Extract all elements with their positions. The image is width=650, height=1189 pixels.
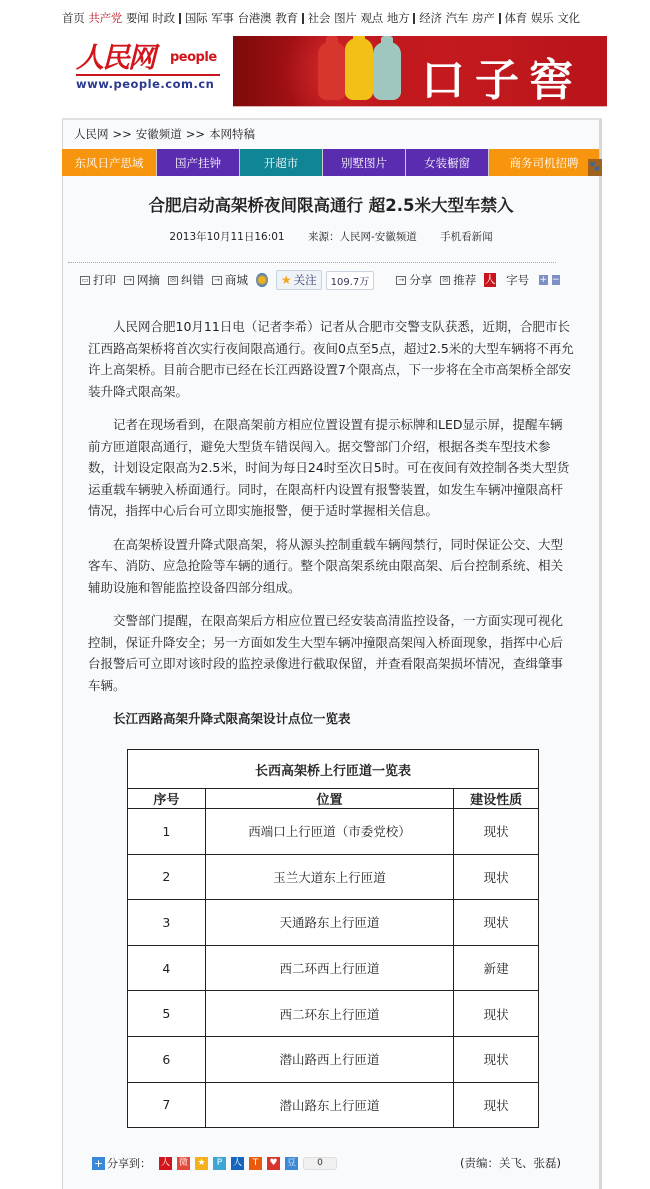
nav-separator: [499, 13, 501, 24]
envelope-icon: ✉: [168, 276, 178, 285]
cell-type: 现状: [454, 991, 539, 1037]
nav-item[interactable]: 教育: [275, 10, 297, 26]
cell-type: 现状: [454, 1036, 539, 1082]
print-button[interactable]: ▭打印: [80, 272, 116, 288]
font-decrease-button[interactable]: −: [552, 275, 560, 285]
font-increase-button[interactable]: +: [539, 275, 547, 285]
table-row: 7潜山路东上行匝道现状: [128, 1082, 539, 1128]
cell-location: 西二环西上行匝道: [205, 945, 453, 991]
douban-share-icon[interactable]: 豆: [285, 1157, 298, 1170]
nav-item[interactable]: 经济: [419, 10, 441, 26]
people-share-icon[interactable]: 人: [159, 1157, 172, 1170]
renren-share-icon[interactable]: 人: [231, 1157, 244, 1170]
cell-type: 现状: [454, 809, 539, 855]
cell-index: 7: [128, 1082, 206, 1128]
ramp-table: 长西高架桥上行匝道一览表 序号 位置 建设性质 1西端口上行匝道（市委党校）现状…: [127, 749, 539, 1128]
table-row: 6潜山路西上行匝道现状: [128, 1036, 539, 1082]
people-icon[interactable]: 人: [484, 273, 496, 287]
cell-index: 2: [128, 854, 206, 900]
nav-item[interactable]: 文化: [557, 10, 579, 26]
cell-location: 潜山路东上行匝道: [205, 1082, 453, 1128]
breadcrumb-link[interactable]: 人民网: [74, 127, 109, 141]
qzone-share-icon[interactable]: ★: [195, 1157, 208, 1170]
bottle-blue-image: [373, 42, 401, 100]
nav-item[interactable]: 要闻: [126, 10, 148, 26]
nav-item[interactable]: 地方: [387, 10, 409, 26]
mall-button[interactable]: →商城: [212, 272, 248, 288]
export-icon: →: [212, 276, 222, 285]
kaixin-share-icon[interactable]: ♥: [267, 1157, 280, 1170]
article-meta: 2013年10月11日16:01 来源：人民网-安徽频道 手机看新闻: [62, 229, 600, 244]
share-bar: + 分享到： 人微★P人T♥豆0: [92, 1155, 337, 1171]
nav-item[interactable]: 房产: [472, 10, 494, 26]
ad-link[interactable]: 国产挂钟: [157, 149, 240, 176]
medal-icon[interactable]: [256, 273, 268, 287]
cell-type: 现状: [454, 900, 539, 946]
cell-location: 西二环东上行匝道: [205, 991, 453, 1037]
plus-icon[interactable]: +: [92, 1157, 105, 1170]
cell-index: 5: [128, 991, 206, 1037]
paragraph: 在高架桥设置升降式限高架，将从源头控制重载车辆闯禁行，同时保证公交、大型客车、消…: [88, 534, 574, 599]
article-date: 2013年10月11日16:01: [169, 231, 284, 243]
cell-location: 西端口上行匝道（市委党校）: [205, 809, 453, 855]
paragraph: 交警部门提醒，在限高架后方相应位置已经安装高清监控设备，一方面实现可视化控制，保…: [88, 610, 574, 696]
article-source[interactable]: 来源：人民网-安徽频道: [308, 231, 417, 243]
table-subheading: 长江西路高架升降式限高架设计点位一览表: [88, 708, 574, 730]
article-title: 合肥启动高架桥夜间限高通行 超2.5米大型车禁入: [62, 192, 600, 216]
top-navigation: 首页共产党要闻时政国际军事台港澳教育社会图片观点地方经济汽车房产体育娱乐文化: [62, 8, 612, 28]
article-toolbar: ▭打印 →网摘 ✉纠错 →商城 ★关注 109.7万 →分享 ✉推荐 人 字号 …: [80, 270, 560, 290]
table-row: 5西二环东上行匝道现状: [128, 991, 539, 1037]
site-logo[interactable]: 人民网 people www.people.com.cn: [74, 36, 220, 94]
cell-index: 3: [128, 900, 206, 946]
nav-item[interactable]: 共产党: [88, 10, 122, 26]
nav-item[interactable]: 时政: [152, 10, 174, 26]
column-header-index: 序号: [128, 789, 206, 809]
advertisement-banner[interactable]: 口子窖: [233, 36, 607, 107]
cell-index: 4: [128, 945, 206, 991]
nav-item[interactable]: 体育: [505, 10, 527, 26]
article-body: 人民网合肥10月11日电（记者李希）记者从合肥市交警支队获悉，近期，合肥市长江西…: [88, 316, 574, 742]
cell-index: 1: [128, 809, 206, 855]
share-button[interactable]: →分享: [396, 272, 432, 288]
ad-link[interactable]: 商务司机招聘: [489, 149, 600, 176]
nav-separator: [179, 13, 181, 24]
font-size-label: 字号: [506, 272, 529, 288]
breadcrumb-separator: >>: [186, 127, 205, 141]
weibo-share-icon[interactable]: 微: [177, 1157, 190, 1170]
cell-type: 新建: [454, 945, 539, 991]
cell-type: 现状: [454, 854, 539, 900]
ad-link[interactable]: 女装橱窗: [406, 149, 489, 176]
nav-item[interactable]: 社会: [308, 10, 330, 26]
paw-icon[interactable]: 🐾: [588, 159, 602, 176]
nav-item[interactable]: 娱乐: [531, 10, 553, 26]
table-row: 4西二环西上行匝道新建: [128, 945, 539, 991]
logo-chinese: 人民网: [76, 36, 154, 76]
nav-item[interactable]: 观点: [360, 10, 382, 26]
table-row: 2玉兰大道东上行匝道现状: [128, 854, 539, 900]
digest-button[interactable]: →网摘: [124, 272, 160, 288]
nav-item[interactable]: 图片: [334, 10, 356, 26]
nav-item[interactable]: 军事: [211, 10, 233, 26]
cell-index: 6: [128, 1036, 206, 1082]
cell-location: 玉兰大道东上行匝道: [205, 854, 453, 900]
nav-item[interactable]: 台港澳: [238, 10, 272, 26]
share-label: 分享到：: [107, 1155, 151, 1171]
table-caption: 长西高架桥上行匝道一览表: [128, 750, 539, 789]
nav-item[interactable]: 国际: [185, 10, 207, 26]
divider: [68, 262, 556, 263]
tianya-share-icon[interactable]: T: [249, 1157, 262, 1170]
ad-link[interactable]: 别墅图片: [323, 149, 406, 176]
follow-count: 109.7万: [326, 271, 375, 290]
logo-english: people: [170, 50, 217, 65]
bottle-yellow-image: [345, 38, 373, 100]
nav-separator: [302, 13, 304, 24]
editor-credit: (责编：关飞、张磊): [460, 1155, 561, 1171]
banner-brand: 口子窖: [421, 44, 583, 107]
share-count: 0: [303, 1157, 337, 1170]
logo-underline: [76, 74, 220, 76]
table-row: 3天通路东上行匝道现状: [128, 900, 539, 946]
ad-link[interactable]: 开超市: [240, 149, 323, 176]
tencent-weibo-share-icon[interactable]: P: [213, 1157, 226, 1170]
breadcrumb-link[interactable]: 本网特稿: [209, 127, 255, 141]
star-icon: ★: [281, 273, 292, 287]
recommend-button[interactable]: ✉推荐: [440, 272, 476, 288]
printer-icon: ▭: [80, 276, 90, 285]
nav-item[interactable]: 汽车: [446, 10, 468, 26]
mobile-news-link[interactable]: 手机看新闻: [440, 231, 493, 243]
envelope-icon: ✉: [440, 276, 450, 285]
cell-type: 现状: [454, 1082, 539, 1128]
bottle-red-image: [318, 42, 346, 100]
nav-item[interactable]: 首页: [62, 10, 84, 26]
cell-location: 潜山路西上行匝道: [205, 1036, 453, 1082]
breadcrumb-separator: >>: [113, 127, 132, 141]
cell-location: 天通路东上行匝道: [205, 900, 453, 946]
paragraph: 人民网合肥10月11日电（记者李希）记者从合肥市交警支队获悉，近期，合肥市长江西…: [88, 316, 574, 402]
logo-url: www.people.com.cn: [76, 77, 214, 91]
paragraph: 记者在现场看到，在限高架前方相应位置设置有提示标牌和LED显示屏，提醒车辆前方匝…: [88, 414, 574, 522]
follow-button[interactable]: ★关注: [276, 270, 322, 290]
ad-link-bar: 东风日产思域国产挂钟开超市别墅图片女装橱窗商务司机招聘🐾: [62, 149, 600, 176]
column-header-type: 建设性质: [454, 789, 539, 809]
ad-link[interactable]: 东风日产思域: [62, 149, 157, 176]
correct-button[interactable]: ✉纠错: [168, 272, 204, 288]
column-header-location: 位置: [205, 789, 453, 809]
export-icon: →: [124, 276, 134, 285]
breadcrumb: 人民网>>安徽频道>>本网特稿: [74, 126, 259, 142]
breadcrumb-link[interactable]: 安徽频道: [136, 127, 182, 141]
nav-separator: [413, 13, 415, 24]
table-row: 1西端口上行匝道（市委党校）现状: [128, 809, 539, 855]
export-icon: →: [396, 276, 406, 285]
